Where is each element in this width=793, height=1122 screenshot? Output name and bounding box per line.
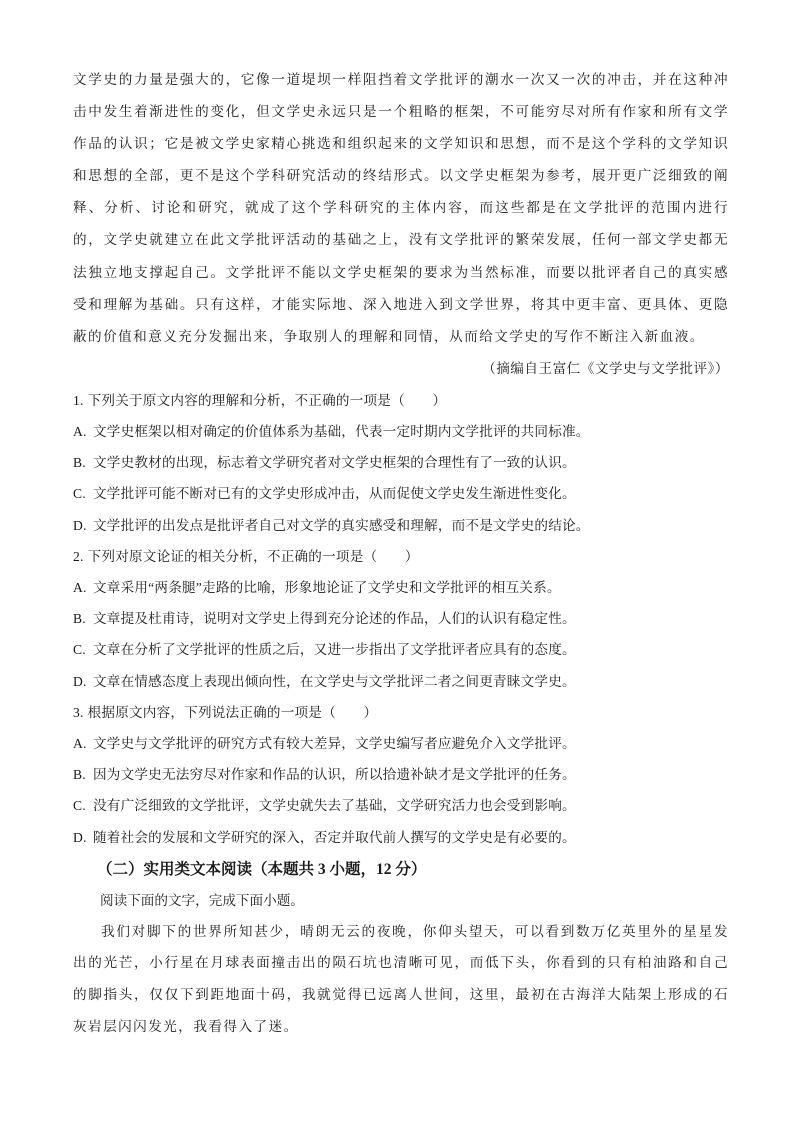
option-text: 文学史框架以相对确定的价值体系为基础，代表一定时期内文学批评的共同标准。 [93, 424, 590, 439]
option-text: 随着社会的发展和文学研究的深入，否定并取代前人撰写的文学史是有必要的。 [93, 830, 576, 845]
passage-literary-history: 文学史的力量是强大的，它像一道堤坝一样阻挡着文学批评的潮水一次又一次的冲击，并在… [73, 64, 729, 353]
passage-paragraph: 文学史的力量是强大的，它像一道堤坝一样阻挡着文学批评的潮水一次又一次的冲击，并在… [73, 64, 729, 353]
option-letter: D. [73, 666, 93, 697]
option-b: B.文学史教材的出现，标志着文学研究者对文学史框架的合理性有了一致的认识。 [73, 447, 729, 478]
option-letter: A. [73, 572, 93, 603]
option-d: D.文学批评的出发点是批评者自己对文学的真实感受和理解，而不是文学史的结论。 [73, 510, 729, 541]
question-1: 1.下列关于原文内容的理解和分析，不正确的一项是（ ） A.文学史框架以相对确定… [73, 385, 729, 541]
question-2: 2.下列对原文论证的相关分析，不正确的一项是（ ） A.文章采用“两条腿”走路的… [73, 541, 729, 697]
option-text: 因为文学史无法穷尽对作家和作品的认识，所以拾遗补缺才是文学批评的任务。 [93, 767, 576, 782]
option-text: 没有广泛细致的文学批评，文学史就失去了基础，文学研究活力也会受到影响。 [93, 798, 576, 813]
passage-practical-text: 我们对脚下的世界所知甚少，晴朗无云的夜晚，你仰头望天，可以看到数万亿英里外的星星… [73, 917, 729, 1043]
option-d: D.文章在情感态度上表现出倾向性，在文学史与文学批评二者之间更青睐文学史。 [73, 666, 729, 697]
option-a: A.文章采用“两条腿”走路的比喻，形象地论证了文学史和文学批评的相互关系。 [73, 572, 729, 603]
option-text: 文章在情感态度上表现出倾向性，在文学史与文学批评二者之间更青睐文学史。 [93, 674, 576, 689]
question-stem: 2.下列对原文论证的相关分析，不正确的一项是（ ） [73, 541, 729, 572]
question-stem: 1.下列关于原文内容的理解和分析，不正确的一项是（ ） [73, 385, 729, 416]
option-a: A.文学史框架以相对确定的价值体系为基础，代表一定时期内文学批评的共同标准。 [73, 416, 729, 447]
passage-source-citation: （摘编自王富仁《文学史与文学批评》） [73, 353, 729, 385]
option-letter: D. [73, 510, 93, 541]
option-text: 文章提及杜甫诗，说明对文学史上得到充分论述的作品，人们的认识有稳定性。 [93, 611, 576, 626]
option-text: 文学批评的出发点是批评者自己对文学的真实感受和理解，而不是文学史的结论。 [93, 518, 590, 533]
option-d: D.随着社会的发展和文学研究的深入，否定并取代前人撰写的文学史是有必要的。 [73, 822, 729, 853]
option-c: C.没有广泛细致的文学批评，文学史就失去了基础，文学研究活力也会受到影响。 [73, 790, 729, 821]
passage-paragraph: 我们对脚下的世界所知甚少，晴朗无云的夜晚，你仰头望天，可以看到数万亿英里外的星星… [73, 917, 729, 1043]
document-page: 文学史的力量是强大的，它像一道堤坝一样阻挡着文学批评的潮水一次又一次的冲击，并在… [73, 64, 729, 1043]
option-letter: A. [73, 728, 93, 759]
question-stem: 3.根据原文内容，下列说法正确的一项是（ ） [73, 697, 729, 728]
question-3: 3.根据原文内容，下列说法正确的一项是（ ） A.文学史与文学批评的研究方式有较… [73, 697, 729, 853]
reading-instruction: 阅读下面的文字，完成下面小题。 [73, 886, 729, 917]
option-text: 文学批评可能不断对已有的文学史形成冲击，从而促使文学史发生渐进性变化。 [93, 486, 576, 501]
section-heading: （二）实用类文本阅读（本题共 3 小题，12 分） [73, 853, 729, 886]
option-text: 文章在分析了文学批评的性质之后，又进一步指出了文学批评者应具有的态度。 [93, 642, 576, 657]
option-letter: C. [73, 790, 93, 821]
option-text: 文学史教材的出现，标志着文学研究者对文学史框架的合理性有了一致的认识。 [93, 455, 576, 470]
option-letter: A. [73, 416, 93, 447]
question-text: 下列对原文论证的相关分析，不正确的一项是（ ） [88, 549, 419, 564]
option-a: A.文学史与文学批评的研究方式有较大差异，文学史编写者应避免介入文学批评。 [73, 728, 729, 759]
option-text: 文学史与文学批评的研究方式有较大差异，文学史编写者应避免介入文学批评。 [93, 736, 576, 751]
question-number: 2. [73, 549, 84, 564]
option-b: B.文章提及杜甫诗，说明对文学史上得到充分论述的作品，人们的认识有稳定性。 [73, 603, 729, 634]
option-b: B.因为文学史无法穷尽对作家和作品的认识，所以拾遗补缺才是文学批评的任务。 [73, 759, 729, 790]
option-c: C.文章在分析了文学批评的性质之后，又进一步指出了文学批评者应具有的态度。 [73, 634, 729, 665]
option-c: C.文学批评可能不断对已有的文学史形成冲击，从而促使文学史发生渐进性变化。 [73, 478, 729, 509]
option-letter: C. [73, 478, 93, 509]
question-number: 3. [73, 705, 84, 720]
option-letter: B. [73, 603, 93, 634]
question-text: 下列关于原文内容的理解和分析，不正确的一项是（ ） [88, 393, 447, 408]
option-letter: B. [73, 447, 93, 478]
option-letter: D. [73, 822, 93, 853]
question-text: 根据原文内容，下列说法正确的一项是（ ） [88, 705, 378, 720]
question-number: 1. [73, 393, 84, 408]
option-letter: C. [73, 634, 93, 665]
option-letter: B. [73, 759, 93, 790]
option-text: 文章采用“两条腿”走路的比喻，形象地论证了文学史和文学批评的相互关系。 [93, 580, 561, 595]
